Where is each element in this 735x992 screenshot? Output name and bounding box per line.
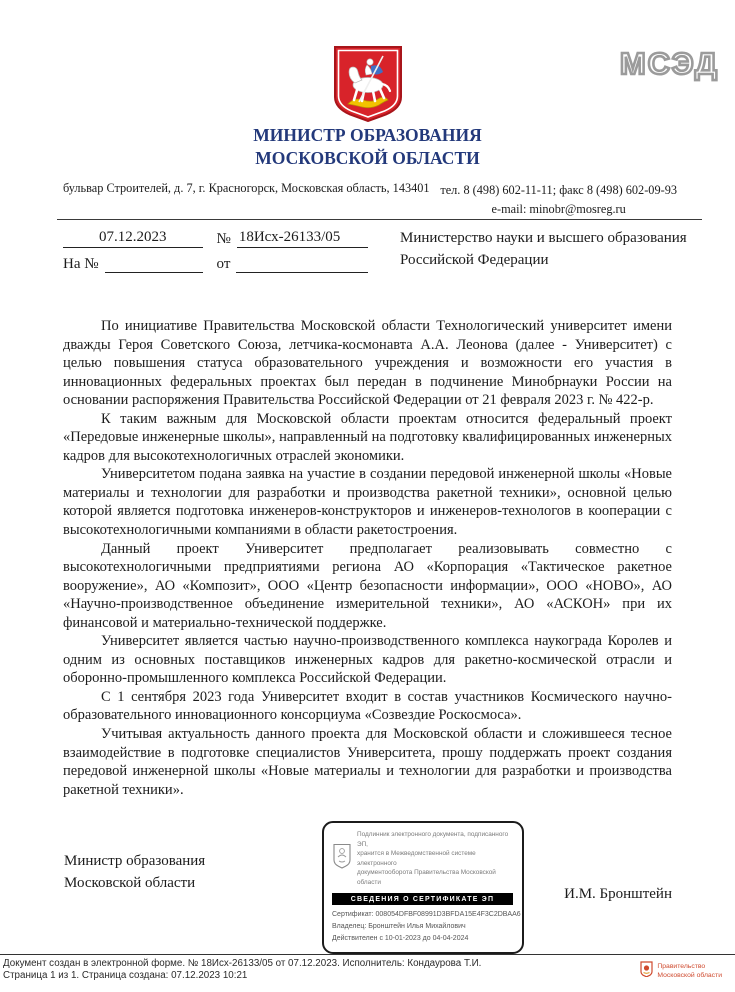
footer-divider	[0, 954, 735, 955]
document-number: 18Исх-26133/05	[237, 229, 368, 248]
stamp-header-line-1: Подлинник электронного документа, подпис…	[357, 830, 513, 849]
certificate-validity: Действителен с 10-01-2023 до 04-04-2024	[332, 933, 513, 945]
body-paragraph: С 1 сентября 2023 года Университет входи…	[63, 688, 672, 725]
phone-fax: тел. 8 (498) 602-11-11; факс 8 (498) 602…	[440, 181, 677, 200]
body-paragraph: Данный проект Университет предполагает р…	[63, 540, 672, 633]
stamp-header-text: Подлинник электронного документа, подпис…	[357, 830, 513, 888]
government-logo-line-1: Правительство	[657, 963, 722, 971]
email: e-mail: minobr@mosreg.ru	[440, 200, 677, 219]
number-cell: № 18Исх-26133/05	[217, 229, 368, 248]
body-paragraph: Учитывая актуальность данного проекта дл…	[63, 725, 672, 799]
recipient-line-2: Российской Федерации	[400, 250, 690, 272]
reply-to-label: На №	[63, 256, 99, 273]
government-logo-text: Правительство Московской области	[657, 963, 722, 980]
document-date: 07.12.2023	[63, 229, 203, 248]
recipient-block: Министерство науки и высшего образования…	[400, 228, 690, 272]
stamp-header-line-2: хранится в Межведомственной системе элек…	[357, 849, 513, 868]
reply-date-label: от	[217, 256, 231, 273]
body-paragraph: По инициативе Правительства Московской о…	[63, 317, 672, 410]
footer-line-2: Страница 1 из 1. Страница создана: 07.12…	[3, 970, 481, 982]
letter-body: По инициативе Правительства Московской о…	[63, 317, 672, 799]
stamp-header: Подлинник электронного документа, подпис…	[332, 830, 513, 888]
date-cell: 07.12.2023	[63, 229, 203, 248]
page-title: МИНИСТР ОБРАЗОВАНИЯ МОСКОВСКОЙ ОБЛАСТИ	[0, 124, 735, 170]
contact-block: тел. 8 (498) 602-11-11; факс 8 (498) 602…	[440, 181, 677, 219]
stamp-header-line-3: документооборота Правительства Московско…	[357, 868, 513, 887]
body-paragraph: К таким важным для Московской области пр…	[63, 410, 672, 466]
government-logo: Правительство Московской области	[640, 961, 722, 982]
certificate-info-bar: СВЕДЕНИЯ О СЕРТИФИКАТЕ ЭП	[332, 893, 513, 906]
signer-position-line-1: Министр образования	[64, 851, 205, 873]
government-logo-icon	[640, 961, 653, 982]
certificate-number: Сертификат: 008054DFBF08991D3BFDA15E4F3C…	[332, 909, 513, 921]
msed-watermark: МСЭД	[620, 46, 719, 82]
letterhead-contacts: бульвар Строителей, д. 7, г. Красногорск…	[63, 181, 677, 219]
reply-date-blank	[236, 254, 368, 273]
footer-meta: Документ создан в электронной форме. № 1…	[3, 958, 481, 981]
signer-position: Министр образования Московской области	[64, 851, 205, 895]
reply-to-number-blank	[105, 254, 203, 273]
number-label: №	[217, 231, 231, 248]
stamp-coat-of-arms-icon	[332, 843, 352, 874]
document-page: МСЭД МИНИСТР ОБРАЗОВАНИЯ МОСКОВС	[0, 0, 735, 992]
signer-name: И.М. Бронштейн	[564, 886, 672, 903]
body-paragraph: Университетом подана заявка на участие в…	[63, 465, 672, 539]
postal-address: бульвар Строителей, д. 7, г. Красногорск…	[63, 181, 430, 219]
title-line-1: МИНИСТР ОБРАЗОВАНИЯ	[0, 124, 735, 147]
electronic-signature-stamp: Подлинник электронного документа, подпис…	[322, 821, 524, 954]
recipient-line-1: Министерство науки и высшего образования	[400, 228, 690, 250]
moscow-region-coat-of-arms-icon	[331, 44, 405, 127]
requisites-block: 07.12.2023 № 18Исх-26133/05 На № от	[63, 229, 368, 279]
requisites-row-1: 07.12.2023 № 18Исх-26133/05	[63, 229, 368, 248]
signer-position-line-2: Московской области	[64, 873, 205, 895]
header-divider	[57, 219, 702, 220]
reply-to-cell: На №	[63, 254, 203, 273]
reply-date-cell: от	[217, 254, 368, 273]
footer-line-1: Документ создан в электронной форме. № 1…	[3, 958, 481, 970]
title-line-2: МОСКОВСКОЙ ОБЛАСТИ	[0, 147, 735, 170]
body-paragraph: Университет является частью научно-произ…	[63, 632, 672, 688]
requisites-row-2: На № от	[63, 254, 368, 273]
certificate-owner: Владелец: Бронштейн Илья Михайлович	[332, 921, 513, 933]
government-logo-line-2: Московской области	[657, 972, 722, 980]
